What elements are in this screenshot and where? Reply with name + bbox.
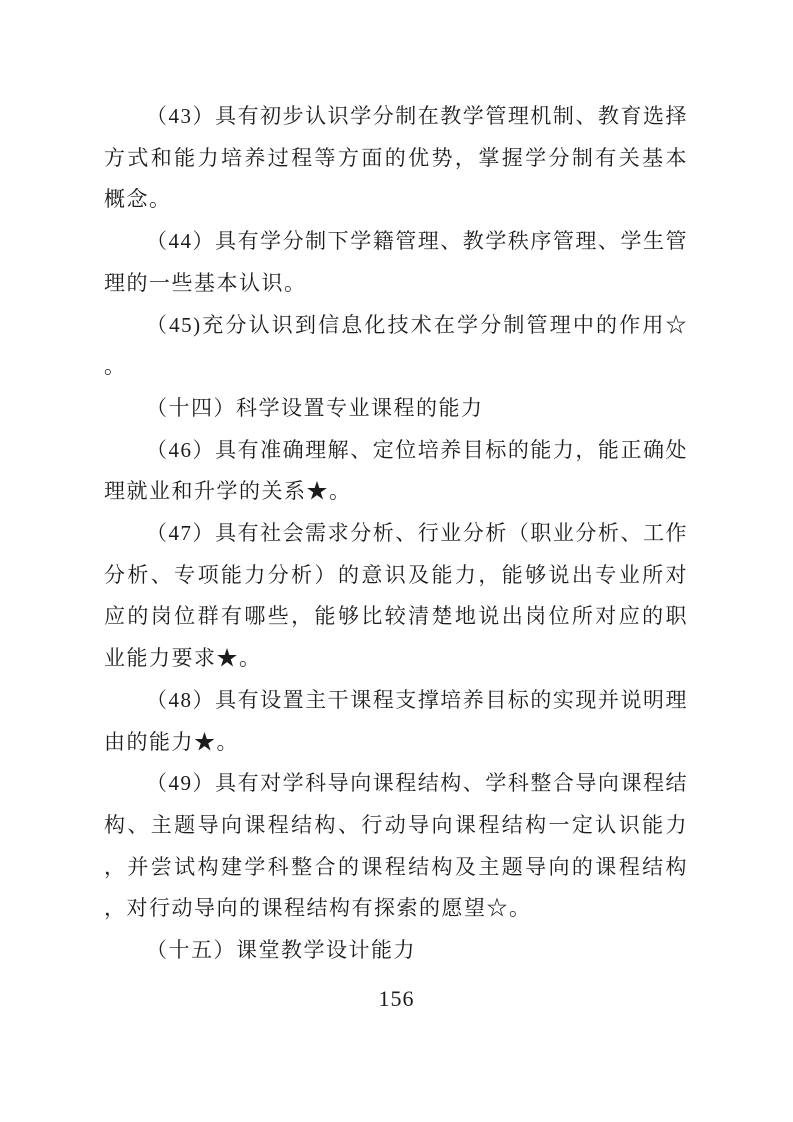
paragraph-45: （45)充分认识到信息化技术在学分制管理中的作用☆。 [104, 305, 688, 388]
document-body: （43）具有初步认识学分制在教学管理机制、教育选择方式和能力培养过程等方面的优势… [104, 96, 688, 972]
paragraph-43: （43）具有初步认识学分制在教学管理机制、教育选择方式和能力培养过程等方面的优势… [104, 96, 688, 221]
paragraph-47: （47）具有社会需求分析、行业分析（职业分析、工作分析、专项能力分析）的意识及能… [104, 513, 688, 680]
paragraph-48: （48）具有设置主干课程支撑培养目标的实现并说明理由的能力★。 [104, 680, 688, 763]
paragraph-49: （49）具有对学科导向课程结构、学科整合导向课程结构、主题导向课程结构、行动导向… [104, 763, 688, 930]
page-number: 156 [0, 986, 793, 1012]
paragraph-44: （44）具有学分制下学籍管理、教学秩序管理、学生管理的一些基本认识。 [104, 221, 688, 304]
section-heading-15: （十五）课堂教学设计能力 [104, 930, 688, 972]
paragraph-46: （46）具有准确理解、定位培养目标的能力，能正确处理就业和升学的关系★。 [104, 430, 688, 513]
section-heading-14: （十四）科学设置专业课程的能力 [104, 388, 688, 430]
document-page: （43）具有初步认识学分制在教学管理机制、教育选择方式和能力培养过程等方面的优势… [0, 0, 793, 1122]
